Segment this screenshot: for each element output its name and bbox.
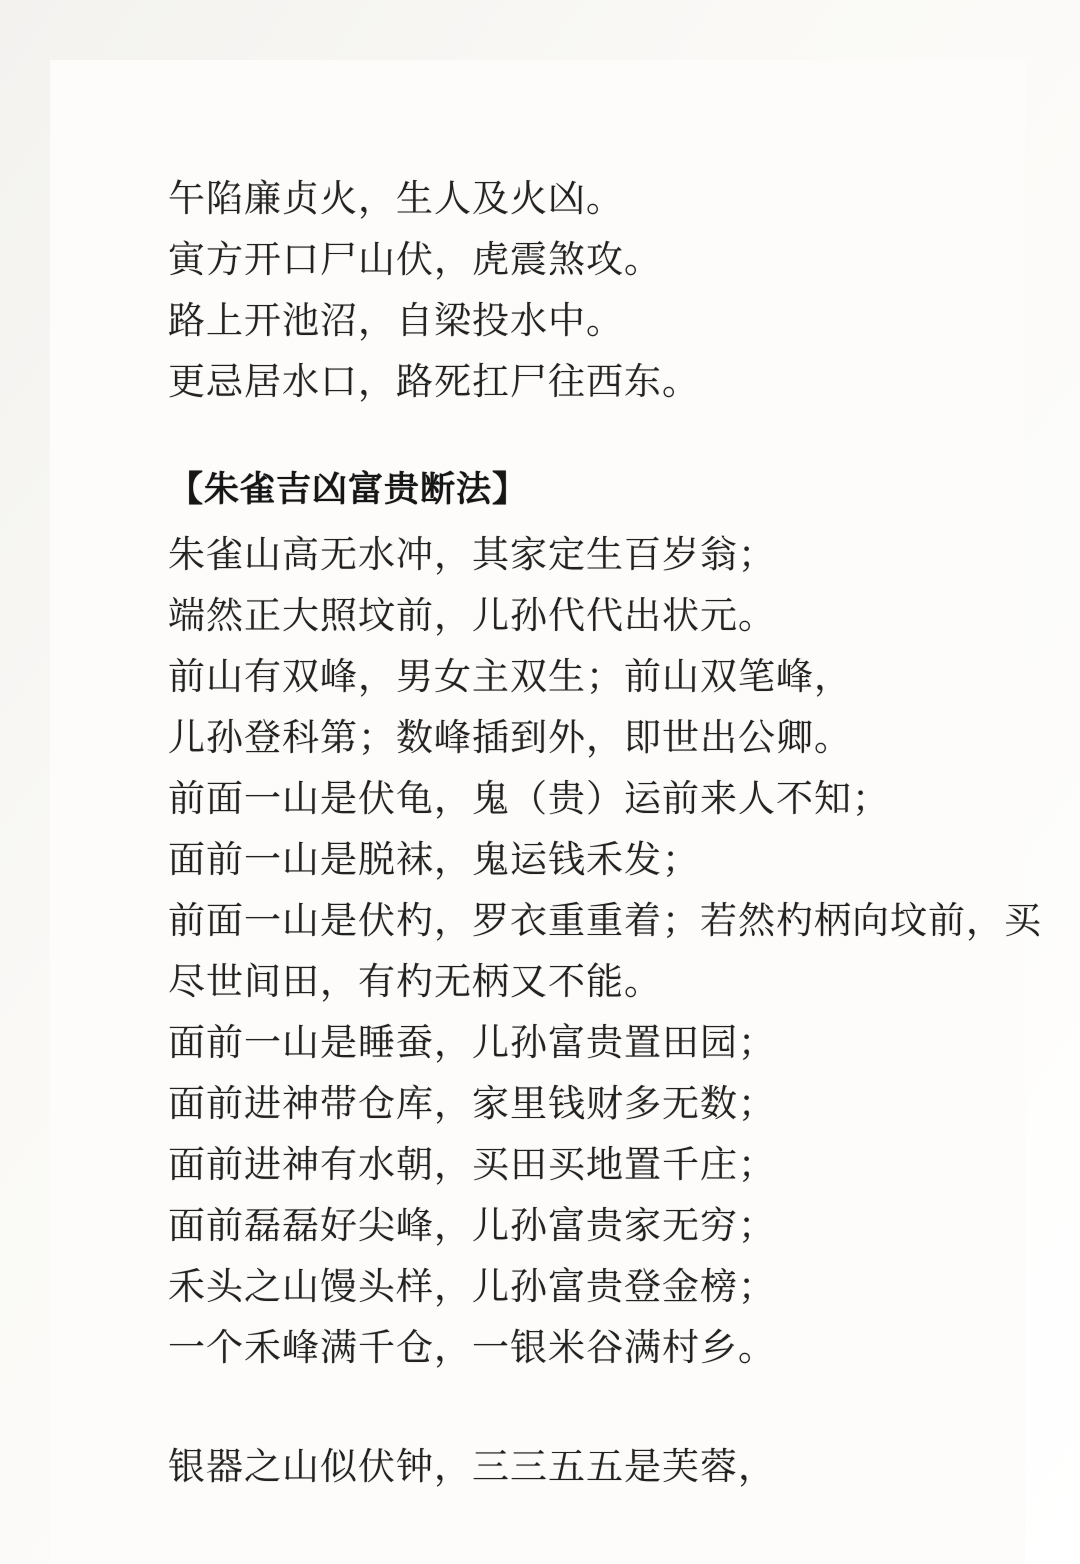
text-line: 午陷廉贞火，生人及火凶。 [168, 168, 965, 229]
section-body: 朱雀山高无水冲，其家定生百岁翁；端然正大照坟前，儿孙代代出状元。前山有双峰，男女… [168, 524, 965, 1378]
text-line: 面前一山是睡蚕，儿孙富贵置田园； [168, 1012, 965, 1073]
intro-paragraph: 午陷廉贞火，生人及火凶。寅方开口尸山伏，虎震煞攻。路上开池沼，自梁投水中。更忌居… [168, 168, 965, 412]
text-line: 端然正大照坟前，儿孙代代出状元。 [168, 585, 965, 646]
text-line: 一个禾峰满千仓，一银米谷满村乡。 [168, 1317, 965, 1378]
section-heading: 【朱雀吉凶富贵断法】 [168, 459, 965, 520]
text-line: 更忌居水口，路死扛尸往西东。 [168, 351, 965, 412]
page-content: 午陷廉贞火，生人及火凶。寅方开口尸山伏，虎震煞攻。路上开池沼，自梁投水中。更忌居… [50, 60, 1025, 1497]
text-line: 面前进神有水朝，买田买地置千庄； [168, 1134, 965, 1195]
document-page: 午陷廉贞火，生人及火凶。寅方开口尸山伏，虎震煞攻。路上开池沼，自梁投水中。更忌居… [50, 60, 1025, 1564]
text-line: 前山有双峰，男女主双生；前山双笔峰， [168, 646, 965, 707]
text-line: 前面一山是伏杓，罗衣重重着；若然杓柄向坟前，买 [168, 890, 965, 951]
closing-paragraph: 银器之山似伏钟，三三五五是芙蓉， [168, 1436, 965, 1497]
text-line: 前面一山是伏龟，鬼（贵）运前来人不知； [168, 768, 965, 829]
text-line: 尽世间田，有杓无柄又不能。 [168, 951, 965, 1012]
text-line: 面前进神带仓库，家里钱财多无数； [168, 1073, 965, 1134]
text-line: 面前一山是脱袜，鬼运钱禾发； [168, 829, 965, 890]
text-line: 银器之山似伏钟，三三五五是芙蓉， [168, 1436, 965, 1497]
text-line: 寅方开口尸山伏，虎震煞攻。 [168, 229, 965, 290]
text-line: 面前磊磊好尖峰，儿孙富贵家无穷； [168, 1195, 965, 1256]
text-line: 儿孙登科第；数峰插到外，即世出公卿。 [168, 707, 965, 768]
text-line: 禾头之山馒头样，儿孙富贵登金榜； [168, 1256, 965, 1317]
text-line: 路上开池沼，自梁投水中。 [168, 290, 965, 351]
text-line: 朱雀山高无水冲，其家定生百岁翁； [168, 524, 965, 585]
